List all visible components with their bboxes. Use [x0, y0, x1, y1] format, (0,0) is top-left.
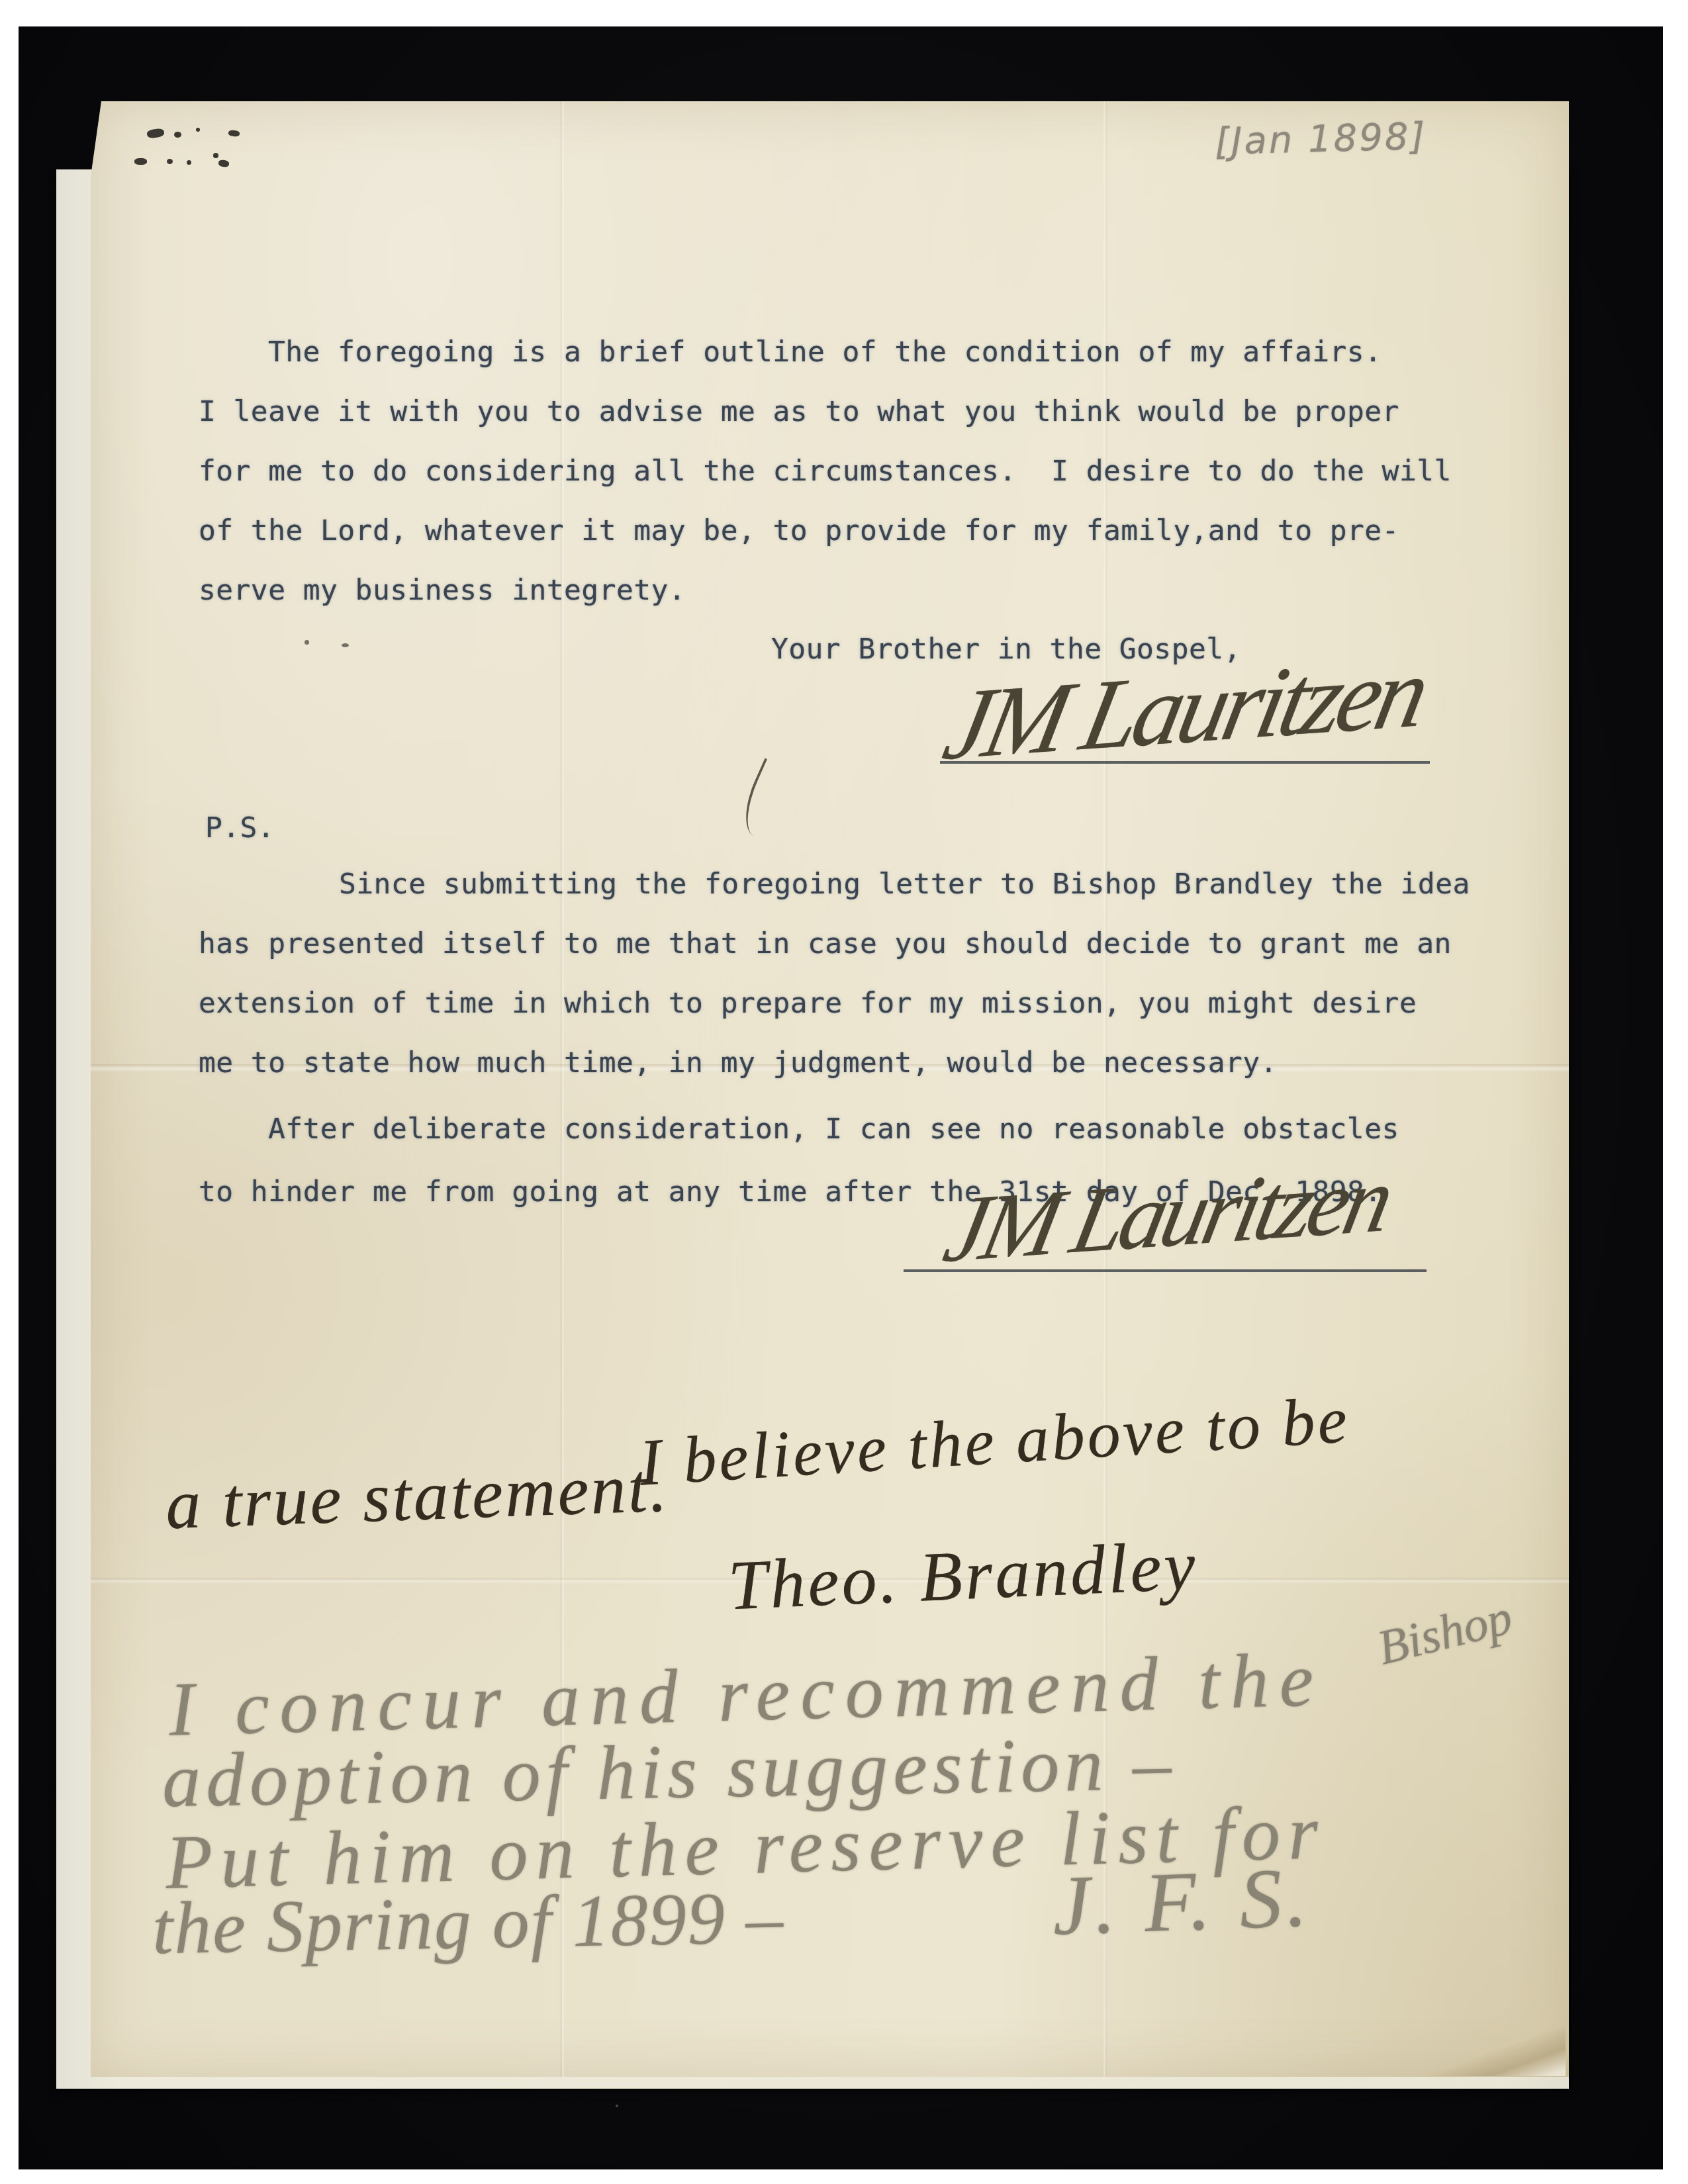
- pencil-note-line: the Spring of 1899 –: [152, 1876, 785, 1972]
- typed-line: The foregoing is a brief outline of the …: [268, 336, 1382, 369]
- typed-line: me to state how much time, in my judgmen…: [199, 1046, 1278, 1079]
- typed-line: for me to do considering all the circums…: [199, 455, 1452, 488]
- typed-line: serve my business integrety.: [199, 574, 686, 607]
- ink-spot: [196, 128, 200, 132]
- ink-spot: [213, 153, 218, 158]
- signature-underline: [904, 1269, 1427, 1272]
- ink-spot: [187, 160, 191, 165]
- jfs-initials: J. F. S.: [1051, 1848, 1313, 1955]
- ink-spot: [134, 158, 147, 165]
- typed-line: After deliberate consideration, I can se…: [268, 1113, 1399, 1146]
- worn-paper-edge: [1430, 2025, 1566, 2076]
- ink-spot: [174, 132, 181, 138]
- ink-speck: [342, 643, 349, 647]
- ink-speck: [305, 640, 309, 645]
- ink-spot: [167, 159, 173, 164]
- archival-date-annotation: [Jan 1898]: [1214, 115, 1427, 163]
- signature-underline: [940, 761, 1430, 764]
- typed-line: I leave it with you to advise me as to w…: [199, 395, 1399, 428]
- postscript-label: P.S.: [205, 811, 275, 844]
- typed-line: of the Lord, whatever it may be, to prov…: [199, 514, 1399, 547]
- scanned-letter-page: [Jan 1898] The foregoing is a brief outl…: [0, 0, 1688, 2184]
- typed-line: Since submitting the foregoing letter to…: [339, 868, 1470, 901]
- typed-line: extension of time in which to prepare fo…: [199, 987, 1417, 1020]
- typed-line: has presented itself to me that in case …: [199, 927, 1452, 960]
- dust-speck: [616, 2105, 618, 2107]
